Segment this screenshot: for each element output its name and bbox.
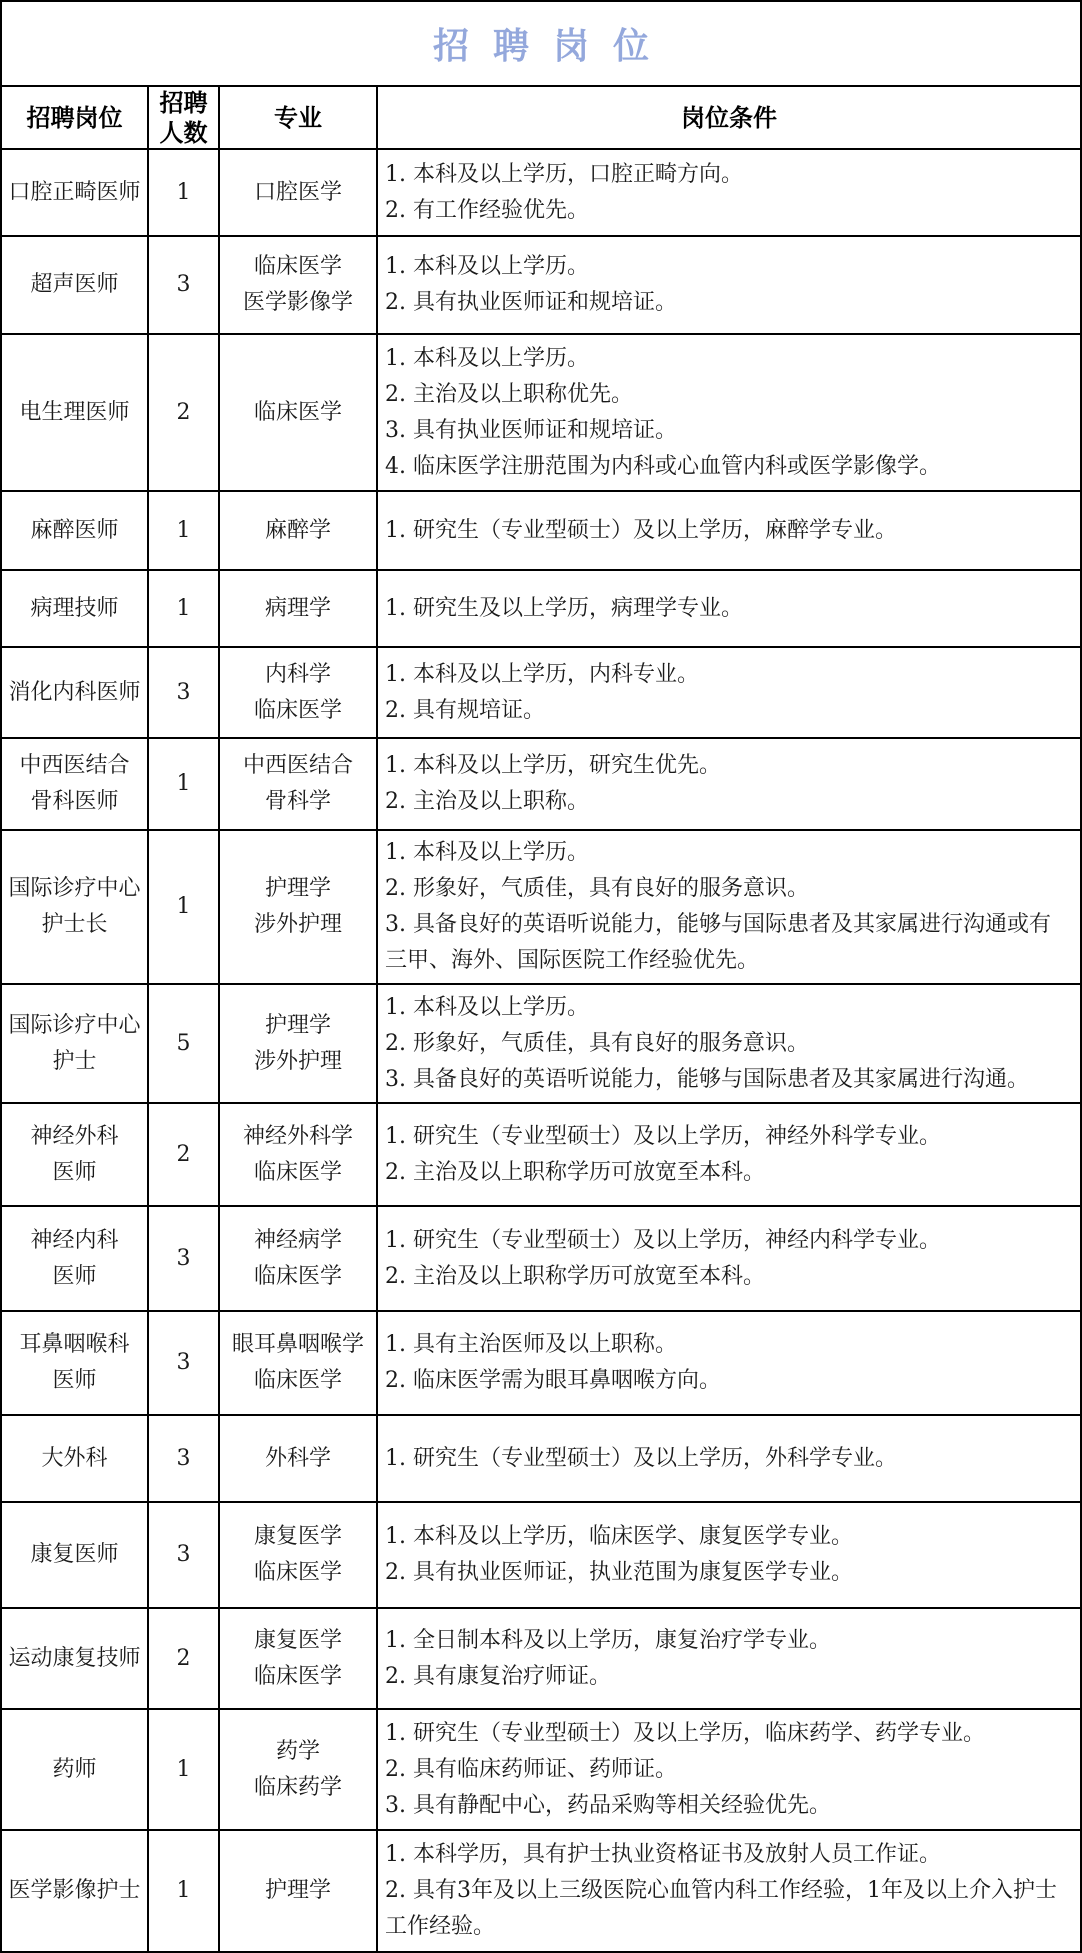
text-line: 1. 本科及以上学历。 [385,249,1070,285]
text-line: 1. 本科及以上学历。 [385,835,1070,871]
text-line: 药学 [224,1734,372,1770]
major-cell: 麻醉学 [219,491,377,570]
text-line: 超声医师 [6,267,143,303]
text-line: 2. 临床医学需为眼耳鼻咽喉方向。 [385,1363,1070,1399]
text-line: 临床医学 [224,693,372,729]
text-line: 2. 形象好，气质佳，具有良好的服务意识。 [385,1026,1070,1062]
text-line: 内科学 [224,657,372,693]
position-cell: 病理技师 [1,570,148,647]
major-cell: 临床医学医学影像学 [219,236,377,334]
position-cell: 中西医结合骨科医师 [1,738,148,830]
text-line: 医师 [6,1155,143,1191]
requirements-cell: 1. 具有主治医师及以上职称。2. 临床医学需为眼耳鼻咽喉方向。 [377,1311,1081,1415]
text-line: 护理学 [224,871,372,907]
major-cell: 口腔医学 [219,149,377,236]
count-cell: 3 [148,1311,219,1415]
requirements-cell: 1. 本科及以上学历。2. 形象好，气质佳，具有良好的服务意识。3. 具备良好的… [377,830,1081,984]
text-line: 3. 具备良好的英语听说能力，能够与国际患者及其家属进行沟通。 [385,1062,1070,1098]
text-line: 医师 [6,1363,143,1399]
header-count: 招聘人数 [148,86,219,149]
text-line: 神经外科 [6,1119,143,1155]
requirements-cell: 1. 研究生（专业型硕士）及以上学历，外科学专业。 [377,1415,1081,1502]
major-cell: 内科学临床医学 [219,647,377,738]
count-cell: 1 [148,1830,219,1952]
text-line: 护士长 [6,907,143,943]
table-row: 病理技师1病理学1. 研究生及以上学历，病理学专业。 [1,570,1081,647]
text-line: 外科学 [224,1441,372,1477]
text-line: 3 [153,267,214,303]
text-line: 3. 具有静配中心，药品采购等相关经验优先。 [385,1788,1070,1824]
count-cell: 3 [148,647,219,738]
table-row: 药师1药学临床药学1. 研究生（专业型硕士）及以上学历，临床药学、药学专业。2.… [1,1709,1081,1830]
text-line: 护士 [6,1044,143,1080]
major-cell: 临床医学 [219,334,377,491]
text-line: 1. 本科及以上学历。 [385,990,1070,1026]
text-line: 医学影像学 [224,285,372,321]
text-line: 3. 具有执业医师证和规培证。 [385,413,1070,449]
text-line: 国际诊疗中心 [6,871,143,907]
position-cell: 国际诊疗中心护士长 [1,830,148,984]
table-row: 口腔正畸医师1口腔医学1. 本科及以上学历，口腔正畸方向。2. 有工作经验优先。 [1,149,1081,236]
text-line: 临床医学 [224,1259,372,1295]
table-row: 运动康复技师2康复医学临床医学1. 全日制本科及以上学历，康复治疗学专业。2. … [1,1608,1081,1709]
text-line: 1. 本科及以上学历。 [385,341,1070,377]
table-row: 国际诊疗中心护士长1护理学涉外护理1. 本科及以上学历。2. 形象好，气质佳，具… [1,830,1081,984]
text-line: 3. 具备良好的英语听说能力，能够与国际患者及其家属进行沟通或有三甲、海外、国际… [385,907,1070,979]
table-row: 大外科3外科学1. 研究生（专业型硕士）及以上学历，外科学专业。 [1,1415,1081,1502]
text-line: 2. 有工作经验优先。 [385,193,1070,229]
text-line: 医师 [6,1259,143,1295]
text-line: 临床医学 [224,395,372,431]
header-row: 招聘岗位 招聘人数 专业 岗位条件 [1,86,1081,149]
position-cell: 运动康复技师 [1,1608,148,1709]
text-line: 中西医结合 [224,748,372,784]
text-line: 涉外护理 [224,907,372,943]
position-cell: 超声医师 [1,236,148,334]
table-row: 电生理医师2临床医学1. 本科及以上学历。2. 主治及以上职称优先。3. 具有执… [1,334,1081,491]
text-line: 1. 具有主治医师及以上职称。 [385,1327,1070,1363]
text-line: 1. 本科学历，具有护士执业资格证书及放射人员工作证。 [385,1837,1070,1873]
text-line: 2. 具有康复治疗师证。 [385,1659,1070,1695]
count-cell: 1 [148,1709,219,1830]
requirements-cell: 1. 研究生（专业型硕士）及以上学历，神经外科学专业。2. 主治及以上职称学历可… [377,1103,1081,1206]
text-line: 药师 [6,1752,143,1788]
major-cell: 护理学涉外护理 [219,984,377,1103]
count-cell: 3 [148,236,219,334]
text-line: 口腔正畸医师 [6,175,143,211]
table-row: 超声医师3临床医学医学影像学1. 本科及以上学历。2. 具有执业医师证和规培证。 [1,236,1081,334]
text-line: 临床医学 [224,1659,372,1695]
text-line: 4. 临床医学注册范围为内科或心血管内科或医学影像学。 [385,449,1070,485]
text-line: 1. 研究生（专业型硕士）及以上学历，神经外科学专业。 [385,1119,1070,1155]
text-line: 1. 本科及以上学历，内科专业。 [385,657,1070,693]
text-line: 大外科 [6,1441,143,1477]
text-line: 1. 本科及以上学历，研究生优先。 [385,748,1070,784]
position-cell: 消化内科医师 [1,647,148,738]
count-cell: 1 [148,830,219,984]
count-cell: 1 [148,491,219,570]
text-line: 神经病学 [224,1223,372,1259]
text-line: 康复医师 [6,1537,143,1573]
text-line: 病理技师 [6,591,143,627]
text-line: 5 [153,1026,214,1062]
text-line: 2. 主治及以上职称学历可放宽至本科。 [385,1155,1070,1191]
text-line: 临床医学 [224,249,372,285]
position-cell: 电生理医师 [1,334,148,491]
text-line: 3 [153,1241,214,1277]
requirements-cell: 1. 本科及以上学历，临床医学、康复医学专业。2. 具有执业医师证，执业范围为康… [377,1502,1081,1608]
text-line: 护理学 [224,1008,372,1044]
text-line: 国际诊疗中心 [6,1008,143,1044]
job-table-header: 招聘岗位 招聘人数 专业 岗位条件 [1,86,1081,149]
position-cell: 麻醉医师 [1,491,148,570]
requirements-cell: 1. 本科及以上学历。2. 形象好，气质佳，具有良好的服务意识。3. 具备良好的… [377,984,1081,1103]
major-cell: 药学临床药学 [219,1709,377,1830]
position-cell: 神经内科医师 [1,1206,148,1311]
major-cell: 中西医结合骨科学 [219,738,377,830]
table-row: 消化内科医师3内科学临床医学1. 本科及以上学历，内科专业。2. 具有规培证。 [1,647,1081,738]
requirements-cell: 1. 本科学历，具有护士执业资格证书及放射人员工作证。2. 具有3年及以上三级医… [377,1830,1081,1952]
text-line: 3 [153,675,214,711]
count-cell: 1 [148,738,219,830]
text-line: 中西医结合 [6,748,143,784]
text-line: 1. 研究生（专业型硕士）及以上学历，外科学专业。 [385,1441,1070,1477]
job-table: 招聘岗位 招聘人数 专业 岗位条件 口腔正畸医师1口腔医学1. 本科及以上学历，… [0,85,1082,1953]
text-line: 护理学 [224,1873,372,1909]
text-line: 1 [153,513,214,549]
recruitment-page: 招聘岗位 招聘岗位 招聘人数 专业 岗位条件 口腔正畸医师1口腔医学1. 本科及… [0,0,1082,1953]
text-line: 2. 主治及以上职称优先。 [385,377,1070,413]
position-cell: 国际诊疗中心护士 [1,984,148,1103]
count-cell: 3 [148,1502,219,1608]
count-cell: 2 [148,1608,219,1709]
requirements-cell: 1. 研究生（专业型硕士）及以上学历，临床药学、药学专业。2. 具有临床药师证、… [377,1709,1081,1830]
major-cell: 病理学 [219,570,377,647]
text-line: 1 [153,1873,214,1909]
position-cell: 医学影像护士 [1,1830,148,1952]
text-line: 1. 本科及以上学历，口腔正畸方向。 [385,157,1070,193]
count-cell: 3 [148,1415,219,1502]
text-line: 1. 研究生（专业型硕士）及以上学历，神经内科学专业。 [385,1223,1070,1259]
text-line: 2. 形象好，气质佳，具有良好的服务意识。 [385,871,1070,907]
table-row: 麻醉医师1麻醉学1. 研究生（专业型硕士）及以上学历，麻醉学专业。 [1,491,1081,570]
count-cell: 2 [148,334,219,491]
text-line: 骨科医师 [6,784,143,820]
text-line: 2. 主治及以上职称学历可放宽至本科。 [385,1259,1070,1295]
text-line: 涉外护理 [224,1044,372,1080]
text-line: 2. 具有临床药师证、药师证。 [385,1752,1070,1788]
text-line: 口腔医学 [224,175,372,211]
table-row: 神经内科医师3神经病学临床医学1. 研究生（专业型硕士）及以上学历，神经内科学专… [1,1206,1081,1311]
position-cell: 药师 [1,1709,148,1830]
text-line: 消化内科医师 [6,675,143,711]
text-line: 神经内科 [6,1223,143,1259]
text-line: 运动康复技师 [6,1641,143,1677]
requirements-cell: 1. 本科及以上学历。2. 主治及以上职称优先。3. 具有执业医师证和规培证。4… [377,334,1081,491]
text-line: 3 [153,1345,214,1381]
text-line: 1 [153,175,214,211]
requirements-cell: 1. 本科及以上学历。2. 具有执业医师证和规培证。 [377,236,1081,334]
count-cell: 5 [148,984,219,1103]
text-line: 1. 本科及以上学历，临床医学、康复医学专业。 [385,1519,1070,1555]
text-line: 耳鼻咽喉科 [6,1327,143,1363]
header-requirements: 岗位条件 [377,86,1081,149]
text-line: 医学影像护士 [6,1873,143,1909]
count-cell: 2 [148,1103,219,1206]
count-cell: 1 [148,149,219,236]
position-cell: 康复医师 [1,1502,148,1608]
header-position: 招聘岗位 [1,86,148,149]
table-row: 医学影像护士1护理学1. 本科学历，具有护士执业资格证书及放射人员工作证。2. … [1,1830,1081,1952]
major-cell: 护理学 [219,1830,377,1952]
text-line: 1 [153,1752,214,1788]
text-line: 眼耳鼻咽喉学 [224,1327,372,1363]
text-line: 2 [153,1641,214,1677]
text-line: 麻醉医师 [6,513,143,549]
table-row: 中西医结合骨科医师1中西医结合骨科学1. 本科及以上学历，研究生优先。2. 主治… [1,738,1081,830]
page-title: 招聘岗位 [0,0,1082,85]
position-cell: 大外科 [1,1415,148,1502]
table-row: 神经外科医师2神经外科学临床医学1. 研究生（专业型硕士）及以上学历，神经外科学… [1,1103,1081,1206]
major-cell: 神经病学临床医学 [219,1206,377,1311]
text-line: 1. 全日制本科及以上学历，康复治疗学专业。 [385,1623,1070,1659]
text-line: 康复医学 [224,1519,372,1555]
text-line: 临床药学 [224,1770,372,1806]
text-line: 1 [153,766,214,802]
text-line: 麻醉学 [224,513,372,549]
text-line: 3 [153,1537,214,1573]
text-line: 神经外科学 [224,1119,372,1155]
page-title-text: 招聘岗位 [433,18,673,69]
text-line: 1. 研究生（专业型硕士）及以上学历，临床药学、药学专业。 [385,1716,1070,1752]
text-line: 2. 具有执业医师证和规培证。 [385,285,1070,321]
text-line: 2. 具有执业医师证，执业范围为康复医学专业。 [385,1555,1070,1591]
table-row: 康复医师3康复医学临床医学1. 本科及以上学历，临床医学、康复医学专业。2. 具… [1,1502,1081,1608]
count-cell: 1 [148,570,219,647]
requirements-cell: 1. 研究生（专业型硕士）及以上学历，麻醉学专业。 [377,491,1081,570]
major-cell: 护理学涉外护理 [219,830,377,984]
position-cell: 口腔正畸医师 [1,149,148,236]
major-cell: 康复医学临床医学 [219,1608,377,1709]
text-line: 2. 主治及以上职称。 [385,784,1070,820]
count-cell: 3 [148,1206,219,1311]
text-line: 临床医学 [224,1555,372,1591]
requirements-cell: 1. 研究生及以上学历，病理学专业。 [377,570,1081,647]
requirements-cell: 1. 本科及以上学历，研究生优先。2. 主治及以上职称。 [377,738,1081,830]
major-cell: 神经外科学临床医学 [219,1103,377,1206]
table-row: 耳鼻咽喉科医师3眼耳鼻咽喉学临床医学1. 具有主治医师及以上职称。2. 临床医学… [1,1311,1081,1415]
position-cell: 耳鼻咽喉科医师 [1,1311,148,1415]
text-line: 3 [153,1441,214,1477]
text-line: 康复医学 [224,1623,372,1659]
text-line: 1 [153,889,214,925]
position-cell: 神经外科医师 [1,1103,148,1206]
major-cell: 外科学 [219,1415,377,1502]
text-line: 病理学 [224,591,372,627]
text-line: 1. 研究生及以上学历，病理学专业。 [385,591,1070,627]
text-line: 1 [153,591,214,627]
text-line: 2 [153,395,214,431]
text-line: 1. 研究生（专业型硕士）及以上学历，麻醉学专业。 [385,513,1070,549]
requirements-cell: 1. 本科及以上学历，口腔正畸方向。2. 有工作经验优先。 [377,149,1081,236]
text-line: 2. 具有3年及以上三级医院心血管内科工作经验，1年及以上介入护士工作经验。 [385,1873,1070,1945]
text-line: 临床医学 [224,1363,372,1399]
text-line: 2 [153,1137,214,1173]
job-table-body: 口腔正畸医师1口腔医学1. 本科及以上学历，口腔正畸方向。2. 有工作经验优先。… [1,149,1081,1952]
text-line: 2. 具有规培证。 [385,693,1070,729]
requirements-cell: 1. 研究生（专业型硕士）及以上学历，神经内科学专业。2. 主治及以上职称学历可… [377,1206,1081,1311]
requirements-cell: 1. 全日制本科及以上学历，康复治疗学专业。2. 具有康复治疗师证。 [377,1608,1081,1709]
major-cell: 康复医学临床医学 [219,1502,377,1608]
text-line: 临床医学 [224,1155,372,1191]
text-line: 电生理医师 [6,395,143,431]
table-row: 国际诊疗中心护士5护理学涉外护理1. 本科及以上学历。2. 形象好，气质佳，具有… [1,984,1081,1103]
requirements-cell: 1. 本科及以上学历，内科专业。2. 具有规培证。 [377,647,1081,738]
text-line: 骨科学 [224,784,372,820]
major-cell: 眼耳鼻咽喉学临床医学 [219,1311,377,1415]
header-major: 专业 [219,86,377,149]
